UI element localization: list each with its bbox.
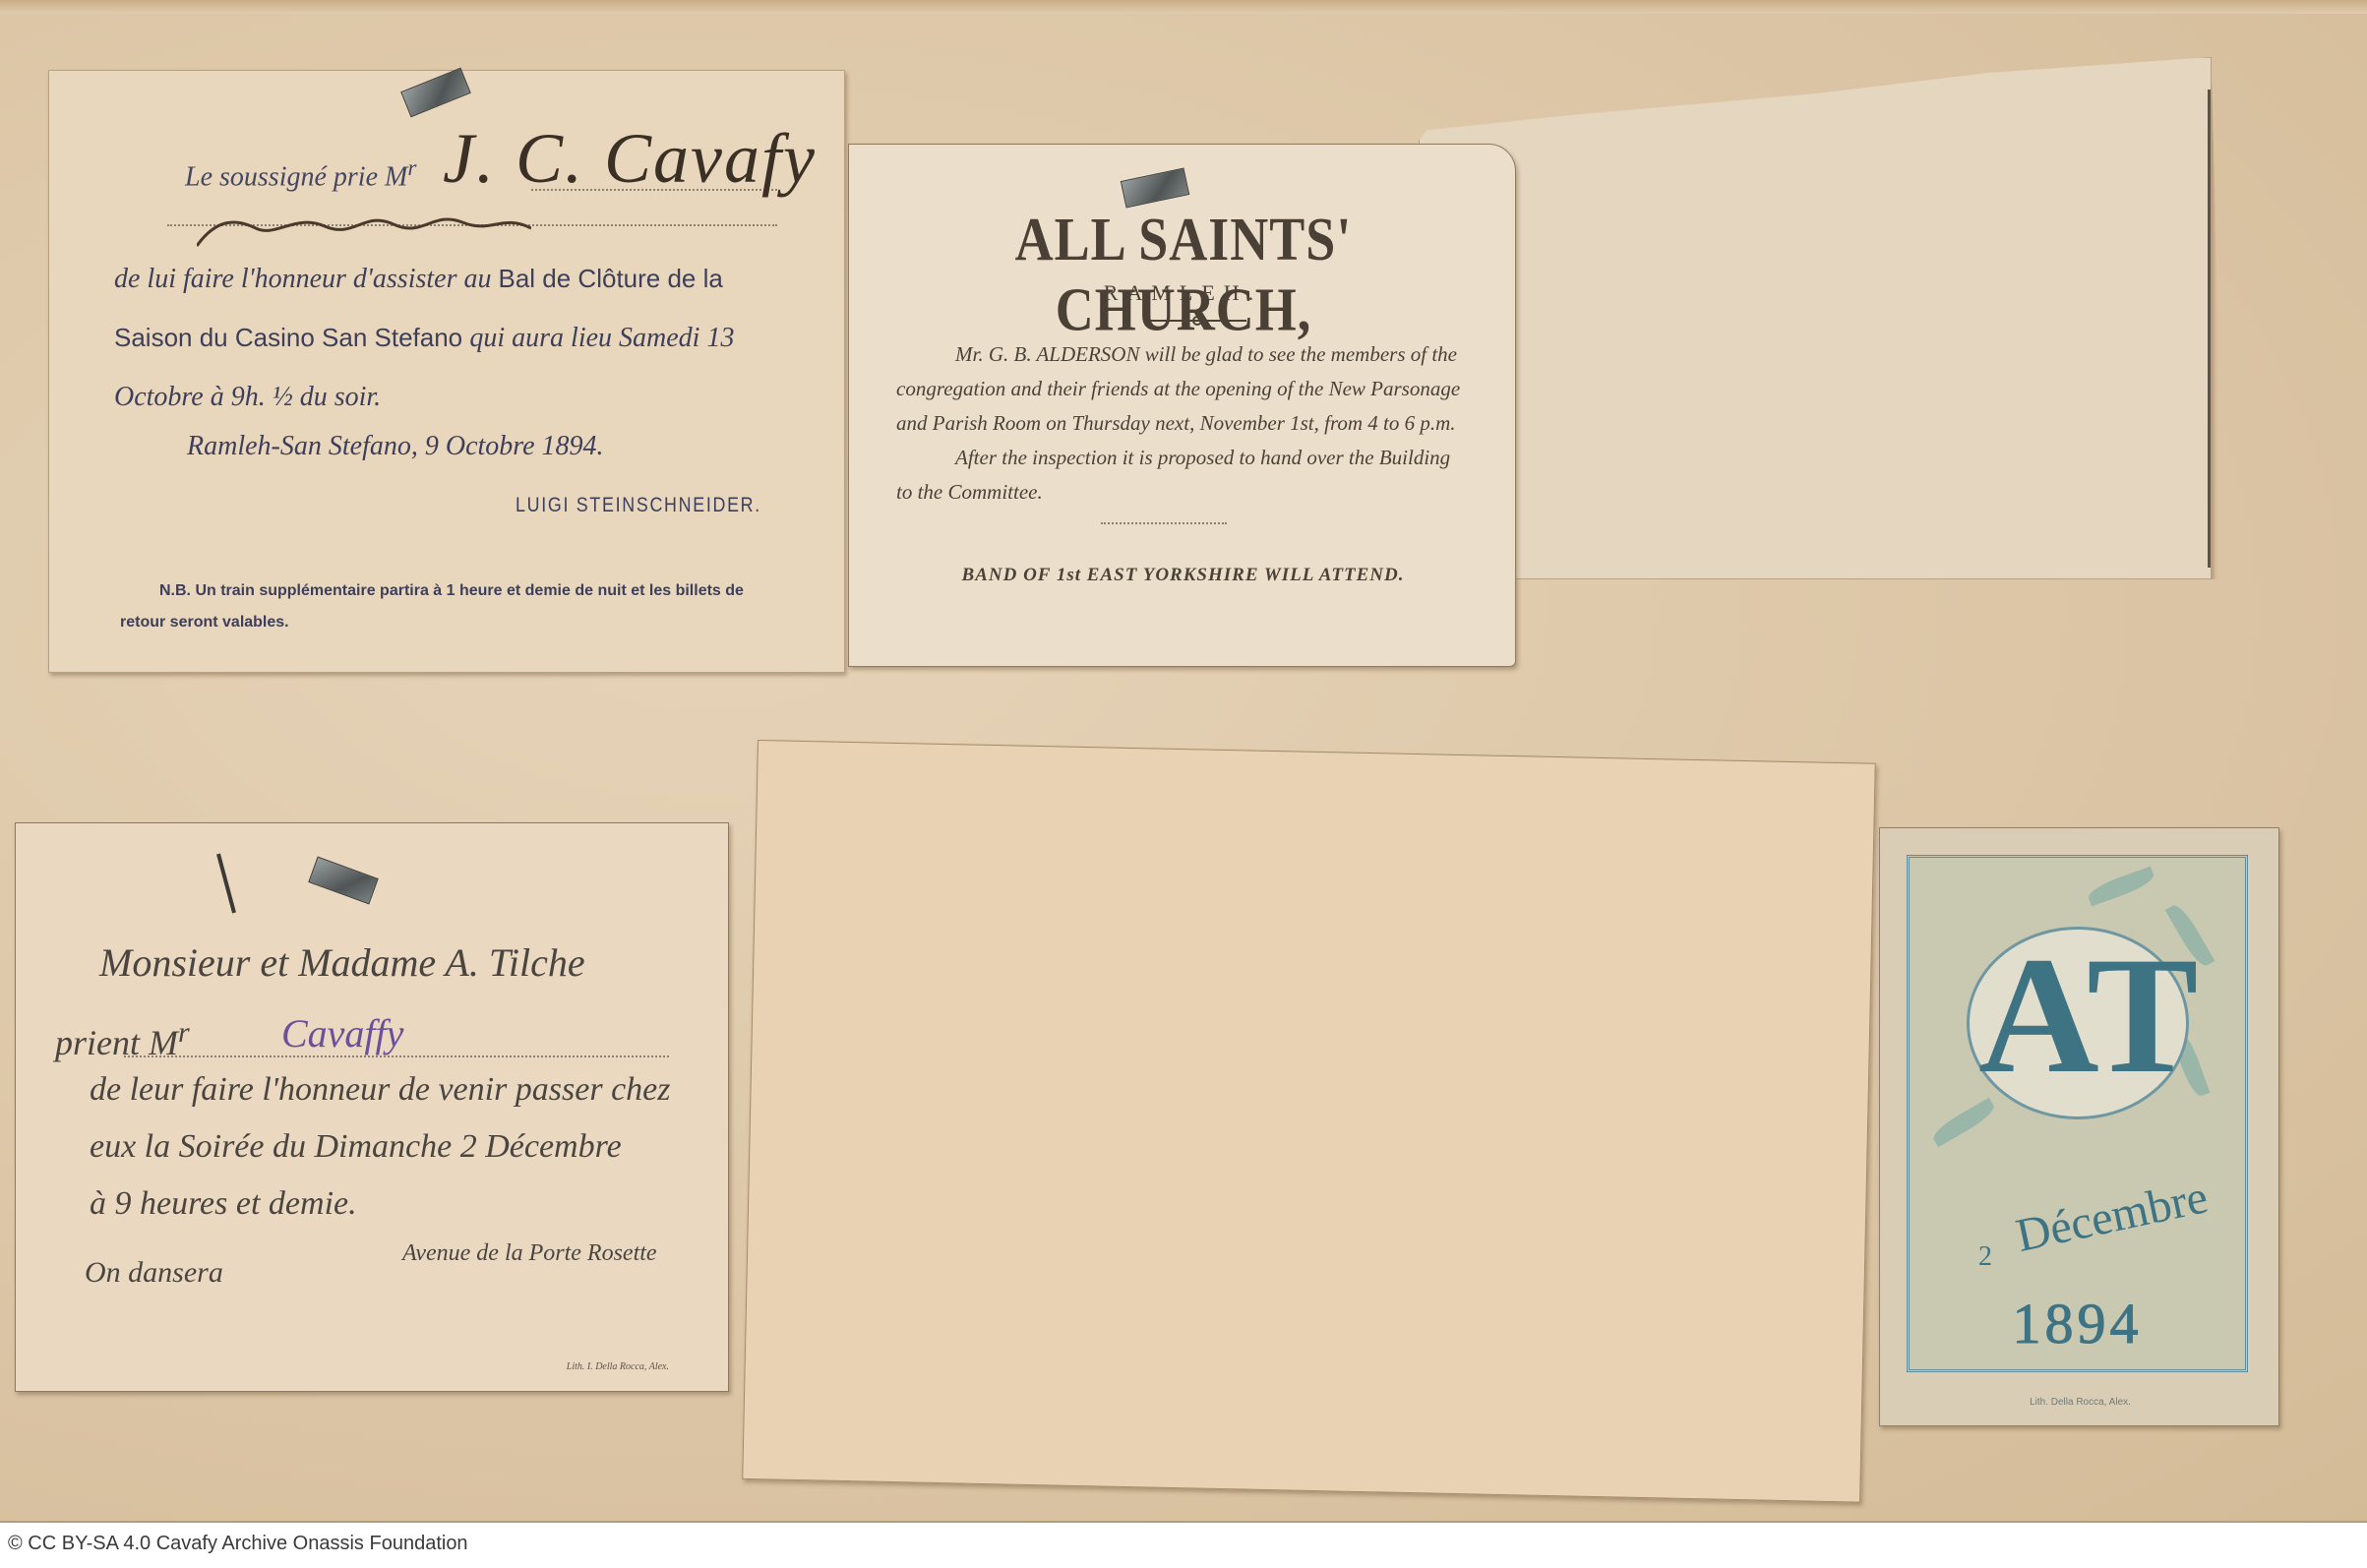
monogram-month: Décembre — [2012, 1170, 2213, 1263]
wavy-rule — [1101, 516, 1227, 524]
metal-clip-icon — [1121, 167, 1189, 208]
blank-envelope — [742, 740, 1875, 1503]
recipient-handwritten: Cavaffy — [281, 1010, 403, 1056]
church-invitation-card: ALL SAINTS' CHURCH, RAMLEH. Mr. G. B. AL… — [848, 144, 1516, 667]
tilche-printer: Lith. I. Della Rocca, Alex. — [567, 1361, 669, 1372]
tilche-dance: On dansera — [85, 1256, 223, 1290]
church-subtitle: RAMLEH. — [849, 280, 1517, 306]
monogram-letters: AT — [1978, 917, 2175, 1114]
church-body: Mr. G. B. ALDERSON will be glad to see t… — [896, 337, 1462, 510]
monogram-day: 2 — [1978, 1241, 1992, 1273]
folded-paper-sheet — [1419, 57, 2212, 579]
ornament-icon — [1148, 315, 1246, 327]
leaf-icon — [2086, 867, 2156, 907]
tilche-line-3: de leur faire l'honneur de venir passer … — [90, 1071, 671, 1109]
tilche-line-4: eux la Soirée du Dimanche 2 Décembre — [90, 1128, 622, 1166]
tilche-address: Avenue de la Porte Rosette — [402, 1240, 657, 1267]
dotted-rule — [124, 1055, 669, 1057]
casino-line-2: de lui faire l'honneur d'assister au Bal… — [114, 264, 723, 295]
recipient-handwritten: J. C. Cavafy — [443, 118, 817, 200]
church-band-notice: BAND OF 1st EAST YORKSHIRE WILL ATTEND. — [849, 565, 1517, 586]
casino-note: N.B. Un train supplémentaire partira à 1… — [120, 575, 789, 638]
church-para-2: After the inspection it is proposed to h… — [896, 441, 1462, 510]
card-frame: AT 2 Décembre 1894 — [1907, 855, 2248, 1372]
casino-line-1: Le soussigné prie Mr — [185, 155, 416, 193]
tilche-line-5: à 9 heures et demie. — [90, 1185, 357, 1223]
tilche-invitation-card: Monsieur et Madame A. Tilche prient Mr C… — [15, 822, 729, 1392]
metal-clip-icon — [400, 68, 471, 118]
paper-edge — [2208, 90, 2211, 569]
monogram-dance-card: AT 2 Décembre 1894 Lith. Della Rocca, Al… — [1879, 827, 2279, 1426]
casino-line-4: Octobre à 9h. ½ du soir. — [114, 382, 381, 413]
tilche-hosts: Monsieur et Madame A. Tilche — [99, 939, 585, 986]
flourish-icon — [197, 209, 531, 248]
monogram-printer: Lith. Della Rocca, Alex. — [1880, 1397, 2280, 1408]
casino-signature: LUIGI STEINSCHNEIDER. — [516, 494, 761, 517]
album-page: Le soussigné prie Mr J. C. Cavafy de lui… — [0, 0, 2367, 1523]
pencil-mark-icon — [216, 854, 236, 914]
monogram-year: 1894 — [1910, 1291, 2245, 1357]
metal-clip-icon — [308, 857, 379, 905]
copyright-credit: © CC BY-SA 4.0 Cavafy Archive Onassis Fo… — [8, 1533, 468, 1555]
casino-place-date: Ramleh-San Stefano, 9 Octobre 1894. — [187, 431, 604, 462]
casino-line-3: Saison du Casino San Stefano qui aura li… — [114, 323, 734, 354]
church-para-1: Mr. G. B. ALDERSON will be glad to see t… — [896, 337, 1462, 441]
casino-invitation-card: Le soussigné prie Mr J. C. Cavafy de lui… — [48, 70, 845, 673]
